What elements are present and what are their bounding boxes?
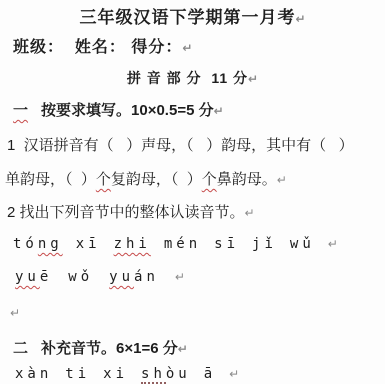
question1-text-part4: 鼻韵母。 <box>217 171 277 188</box>
question1-text-part3: 复韵母，（ ） <box>111 171 202 188</box>
syllable-si: sī <box>214 234 239 254</box>
question1-text-part1: 1 汉语拼音有（ ）声母，（ ）韵母，其中有（ ） <box>7 137 354 154</box>
syllable-men: mén <box>164 234 201 254</box>
return-mark-icon: ↵ <box>295 12 305 26</box>
section1-heading: 一按要求填写。10×0.5=5 分↵ <box>13 101 224 121</box>
pinyin-row-1: tóngxīzhiménsījǐwǔ↵ <box>13 234 338 254</box>
syllable-xan: xàn <box>15 364 52 384</box>
syllable-shou-head: sh <box>141 366 166 384</box>
return-mark-icon: ↵ <box>229 367 239 381</box>
section2-instructions: 补充音节。6×1=6 分 <box>41 340 178 357</box>
syllable-ti: ti <box>65 364 90 384</box>
section2-number: 二 <box>13 339 28 359</box>
question1-misspelled-ge-1: 个 <box>96 171 111 188</box>
return-mark-icon: ↵ <box>214 104 224 118</box>
syllable-tong-tail: ng <box>38 236 63 252</box>
syllable-zhi: zhi <box>114 234 151 254</box>
syllable-tong-head: tó <box>13 236 38 252</box>
return-mark-icon: ↵ <box>277 173 287 187</box>
question1-text-part2: 单韵母，（ ） <box>5 171 96 188</box>
pinyin-section-heading: 拼 音 部 分 11 分↵ <box>0 68 385 89</box>
exam-title: 三年级汉语下学期第一月考 <box>79 8 295 27</box>
pinyin-section-title: 拼 音 部 分 11 分 <box>127 70 248 86</box>
section1-number: 一 <box>13 101 28 121</box>
exam-title-line: 三年级汉语下学期第一月考↵ <box>0 7 385 30</box>
return-mark-icon: ↵ <box>178 342 188 356</box>
syllable-yue-head: yu <box>15 269 40 285</box>
pinyin-row-2: yuēwǒyuán↵ <box>15 267 185 287</box>
empty-paragraph: ↵ <box>10 303 20 323</box>
syllable-xi1: xī <box>76 234 101 254</box>
return-mark-icon: ↵ <box>175 270 185 284</box>
syllable-tong: tóng <box>13 234 63 254</box>
question1-misspelled-ge-2: 个 <box>202 171 217 188</box>
question2-text: 2 找出下列音节中的整体认读音节。 <box>7 204 245 221</box>
syllable-yuan-tail: án <box>134 269 159 285</box>
exam-paper-page: 三年级汉语下学期第一月考↵ 班级： 姓名： 得分：↵ 拼 音 部 分 11 分↵… <box>0 0 385 384</box>
syllable-ji: jǐ <box>252 234 277 254</box>
return-mark-icon: ↵ <box>328 237 338 251</box>
syllable-a: ā <box>204 364 216 384</box>
syllable-shou-tail: òu <box>166 366 191 382</box>
return-mark-icon: ↵ <box>248 72 258 86</box>
section1-instructions: 按要求填写。10×0.5=5 分 <box>41 102 214 119</box>
return-mark-icon: ↵ <box>182 41 192 55</box>
question2-prompt: 2 找出下列音节中的整体认读音节。↵ <box>7 203 255 223</box>
syllable-shou: shòu <box>141 364 191 384</box>
class-name-score-line: 班级： 姓名： 得分：↵ <box>13 38 192 58</box>
class-name-score-labels: 班级： 姓名： 得分： <box>13 39 182 56</box>
question1-line1: 1 汉语拼音有（ ）声母，（ ）韵母，其中有（ ） <box>7 136 354 156</box>
syllable-yuan-head: yu <box>109 269 134 285</box>
syllable-yue-tail: ē <box>40 269 52 285</box>
return-mark-icon: ↵ <box>10 306 20 320</box>
syllable-xi2: xi <box>103 364 128 384</box>
question1-line2: 单韵母，（ ）个复韵母，（ ）个鼻韵母。↵ <box>5 170 287 190</box>
syllable-wo: wǒ <box>68 267 93 287</box>
syllable-yue: yuē <box>15 267 52 287</box>
syllable-wu: wǔ <box>290 234 315 254</box>
section2-heading: 二补充音节。6×1=6 分↵ <box>13 339 188 359</box>
return-mark-icon: ↵ <box>245 206 255 220</box>
question3-pinyin-row: xàntixishòuā↵ <box>15 364 239 384</box>
syllable-yuan: yuán <box>109 267 159 287</box>
